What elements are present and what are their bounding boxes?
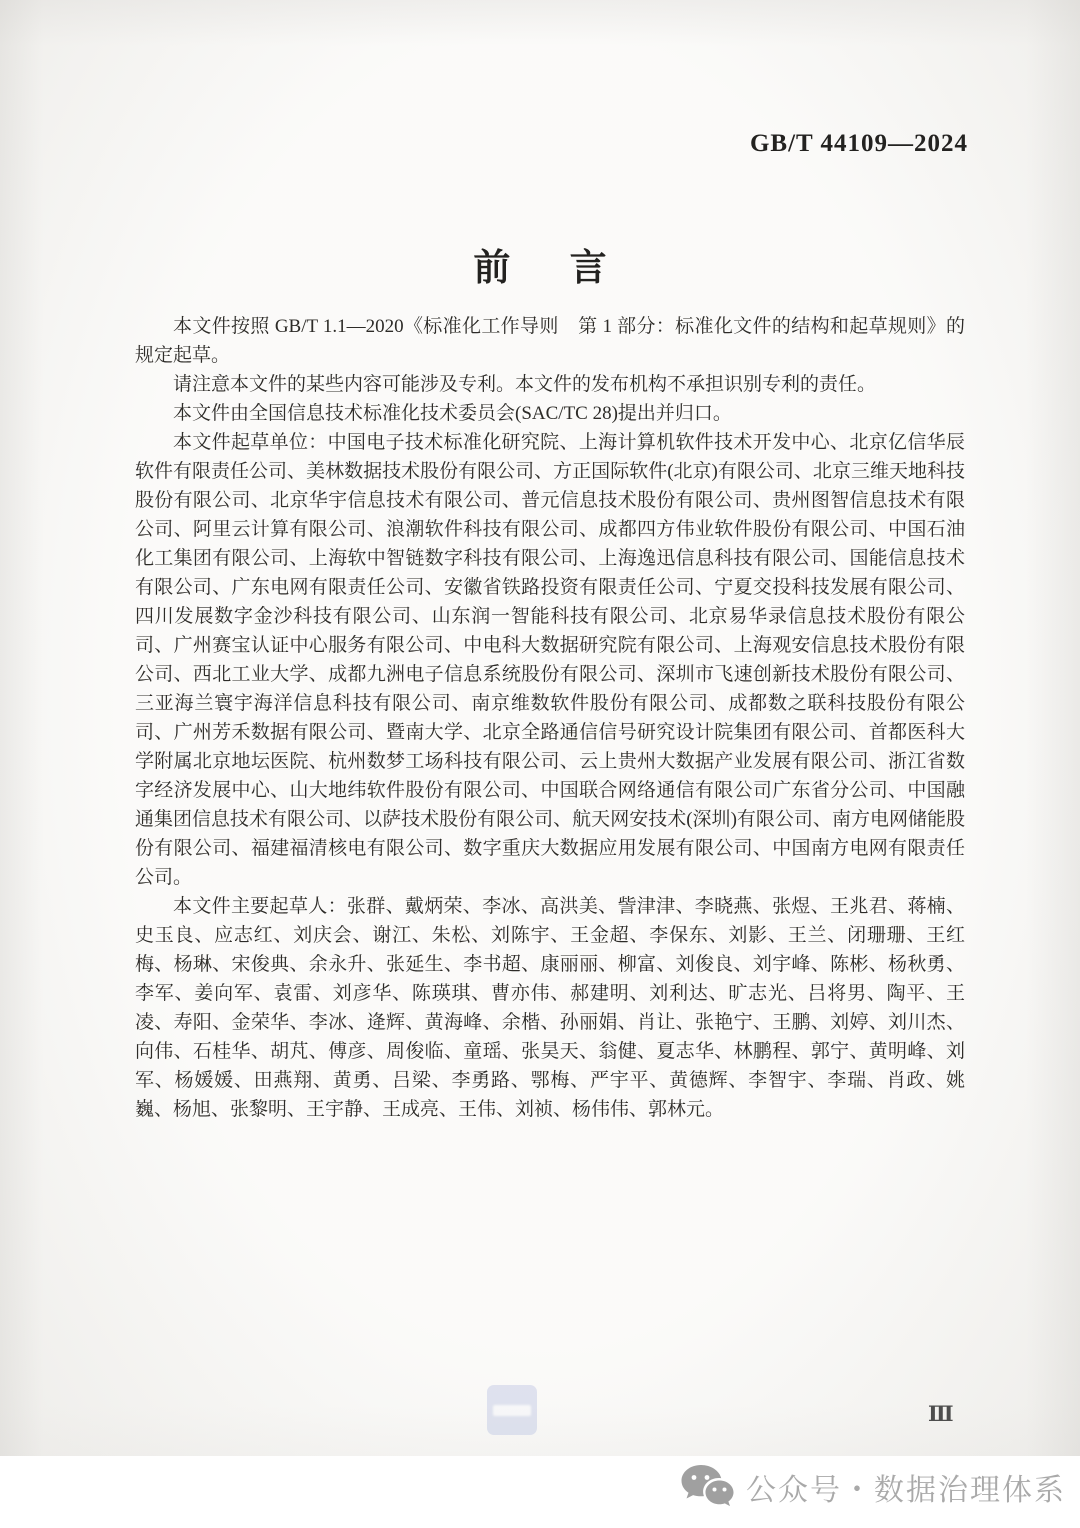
- footer-account-label: 公众号・数据治理体系: [746, 1465, 1066, 1509]
- paragraph-drafting-organizations: 本文件起草单位：中国电子技术标准化研究院、上海计算机软件技术开发中心、北京亿信华…: [135, 428, 965, 892]
- paragraph-committee: 本文件由全国信息技术标准化技术委员会(SAC/TC 28)提出并归口。: [135, 399, 965, 428]
- page-title-text: 前言: [414, 248, 666, 289]
- paragraph-drafting-rule: 本文件按照 GB/T 1.1—2020《标准化工作导则 第 1 部分：标准化文件…: [135, 312, 965, 370]
- wechat-account-banner: 公众号・数据治理体系: [680, 1464, 1066, 1510]
- faint-logo-watermark: [487, 1385, 537, 1435]
- paragraph-main-drafters: 本文件主要起草人：张群、戴炳荣、李冰、高洪美、訾津津、李晓燕、张煜、王兆君、蒋楠…: [135, 892, 965, 1124]
- paragraph-patent-note: 请注意本文件的某些内容可能涉及专利。本文件的发布机构不承担识别专利的责任。: [135, 370, 965, 399]
- page-number: Ⅲ: [928, 1401, 954, 1427]
- page-title: 前言: [0, 237, 1080, 291]
- footer-bar: 公众号・数据治理体系: [0, 1456, 1080, 1528]
- foreword-body: 本文件按照 GB/T 1.1—2020《标准化工作导则 第 1 部分：标准化文件…: [135, 312, 965, 1124]
- wechat-icon: [680, 1464, 734, 1510]
- standard-code: GB/T 44109—2024: [750, 130, 968, 158]
